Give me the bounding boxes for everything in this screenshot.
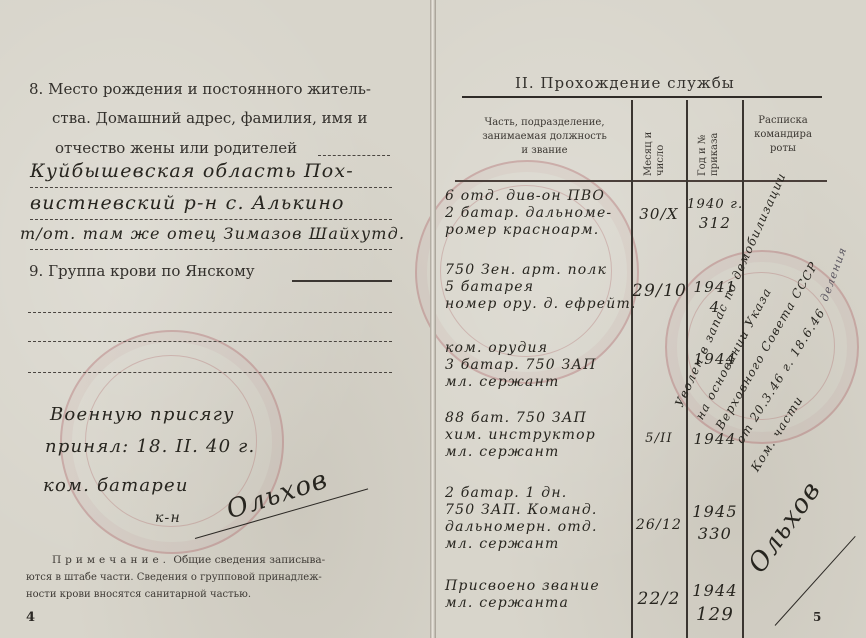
item8-fill-line-2 — [30, 219, 392, 220]
col-header-signature: Расписка командира роты — [743, 114, 823, 156]
item8-fill-line-0 — [318, 155, 390, 156]
spine-fold — [430, 0, 436, 638]
note-title: Примечание. — [52, 554, 170, 566]
item9-blank-line-3 — [28, 372, 392, 373]
item9-blank-line-1 — [28, 312, 392, 313]
oath-line-4: к-н — [155, 510, 181, 526]
item8-line-2: ства. Домашний адрес, фамилия, имя и — [52, 109, 368, 127]
col-header-unit: Часть, подразделение, занимаемая должнос… — [457, 116, 632, 158]
table-row-4-date: 5/II — [632, 430, 686, 448]
col-header-year: Год и № приказа — [697, 133, 721, 176]
item9-fill-line[interactable] — [292, 280, 392, 282]
page-number-right: 5 — [813, 610, 821, 624]
table-row-1-order: 312 — [687, 214, 743, 232]
item8-line-3: отчество жены или родителей — [55, 139, 297, 157]
item8-fill-line-1 — [30, 187, 392, 188]
oath-line-3: ком. батареи — [43, 475, 189, 496]
note-text-1: Общие сведения записыва- — [173, 554, 325, 566]
row4-unit-line-3: мл. сержант — [445, 444, 596, 461]
table-row-5-unit: 2 батар. 1 дн. 750 ЗАП. Команд. дальноме… — [445, 485, 598, 553]
table-row-4-unit: 88 бат. 750 ЗАП хим. инструктор мл. серж… — [445, 410, 596, 461]
col-header-signature-line-1: Расписка — [743, 114, 823, 128]
row2-unit-line-2: 5 батарея — [445, 279, 637, 296]
table-row-1-year: 1940 г. — [687, 196, 743, 214]
page-number-left: 4 — [26, 610, 35, 625]
col-header-unit-line-2: занимаемая должность — [457, 130, 632, 144]
oath-line-2: принял: 18. II. 40 г. — [45, 436, 255, 457]
item9-label: 9. Группа крови по Янскому — [29, 262, 255, 280]
oath-line-1: Военную присягу — [50, 404, 235, 425]
item8-handwritten-1[interactable]: Куйбышевская область Пох- — [30, 160, 354, 182]
table-row-5-date: 26/12 — [632, 516, 686, 534]
col-header-year-line-2: приказа — [709, 133, 721, 176]
col-separator-1 — [631, 100, 633, 638]
item8-handwritten-3[interactable]: т/от. там же отец Зимазов Шайхутд. — [20, 224, 405, 243]
col-header-unit-line-3: и звание — [457, 144, 632, 158]
col-header-year-line-1: Год и № — [697, 133, 709, 176]
table-row-6-order: 129 — [687, 606, 743, 624]
note-line-3: ности крови вносятся санитарной частью. — [26, 586, 251, 603]
item8-handwritten-2[interactable]: вистневский р-н с. Алькино — [30, 192, 345, 214]
row5-unit-line-1: 2 батар. 1 дн. — [445, 485, 598, 502]
table-row-1-unit: 6 отд. див-он ПВО 2 батар. дальноме- ром… — [445, 188, 612, 239]
item9-blank-line-2 — [28, 341, 392, 342]
table-row-2-unit: 750 Зен. арт. полк 5 батарея номер ору. … — [445, 262, 637, 313]
col-header-signature-line-3: роты — [743, 142, 823, 156]
margin-signature: Ольхов — [743, 476, 828, 579]
col-header-unit-line-1: Часть, подразделение, — [457, 116, 632, 130]
note-line-1: Примечание. Общие сведения записыва- — [52, 552, 325, 569]
table-row-6-year: 1944 — [687, 582, 743, 600]
table-row-5-order: 330 — [687, 525, 743, 543]
row5-unit-line-4: мл. сержант — [445, 536, 598, 553]
section-title: II. Прохождение службы — [515, 74, 735, 92]
col-header-month: Месяц и число — [643, 132, 667, 176]
table-row-1-date: 30/X — [632, 205, 686, 223]
item8-line-1: 8. Место рождения и постоянного житель- — [29, 80, 371, 98]
table-row-2-date: 29/10 — [632, 282, 686, 300]
table-row-6-date: 22/2 — [632, 590, 686, 608]
col-header-month-line-2: число — [655, 132, 667, 176]
table-row-3-unit: ком. орудия 3 батар. 750 ЗАП мл. сержант — [445, 340, 597, 391]
col-header-signature-line-2: командира — [743, 128, 823, 142]
row4-unit-line-2: хим. инструктор — [445, 427, 596, 444]
col-header-month-line-1: Месяц и — [643, 132, 655, 176]
row5-unit-line-2: 750 ЗАП. Команд. — [445, 502, 598, 519]
header-top-rule — [462, 96, 822, 98]
row4-unit-line-1: 88 бат. 750 ЗАП — [445, 410, 596, 427]
row2-unit-line-1: 750 Зен. арт. полк — [445, 262, 637, 279]
note-line-2: ются в штабе части. Сведения о групповой… — [26, 569, 322, 586]
row5-unit-line-3: дальномерн. отд. — [445, 519, 598, 536]
table-row-5-year: 1945 — [687, 503, 743, 521]
row3-unit-line-1: ком. орудия — [445, 340, 597, 357]
item8-fill-line-3 — [30, 249, 392, 250]
row6-unit-line-2: мл. сержанта — [445, 595, 600, 612]
row3-unit-line-2: 3 батар. 750 ЗАП — [445, 357, 597, 374]
page-right: II. Прохождение службы Часть, подразделе… — [433, 0, 866, 638]
row6-unit-line-1: Присвоено звание — [445, 578, 600, 595]
page-left: 8. Место рождения и постоянного житель- … — [0, 0, 433, 638]
row3-unit-line-3: мл. сержант — [445, 374, 597, 391]
row1-unit-line-3: ромер красноарм. — [445, 222, 612, 239]
row1-unit-line-1: 6 отд. див-он ПВО — [445, 188, 612, 205]
row2-unit-line-3: номер ору. д. ефрейт. — [445, 296, 637, 313]
row1-unit-line-2: 2 батар. дальноме- — [445, 205, 612, 222]
table-row-6-unit: Присвоено звание мл. сержанта — [445, 578, 600, 612]
